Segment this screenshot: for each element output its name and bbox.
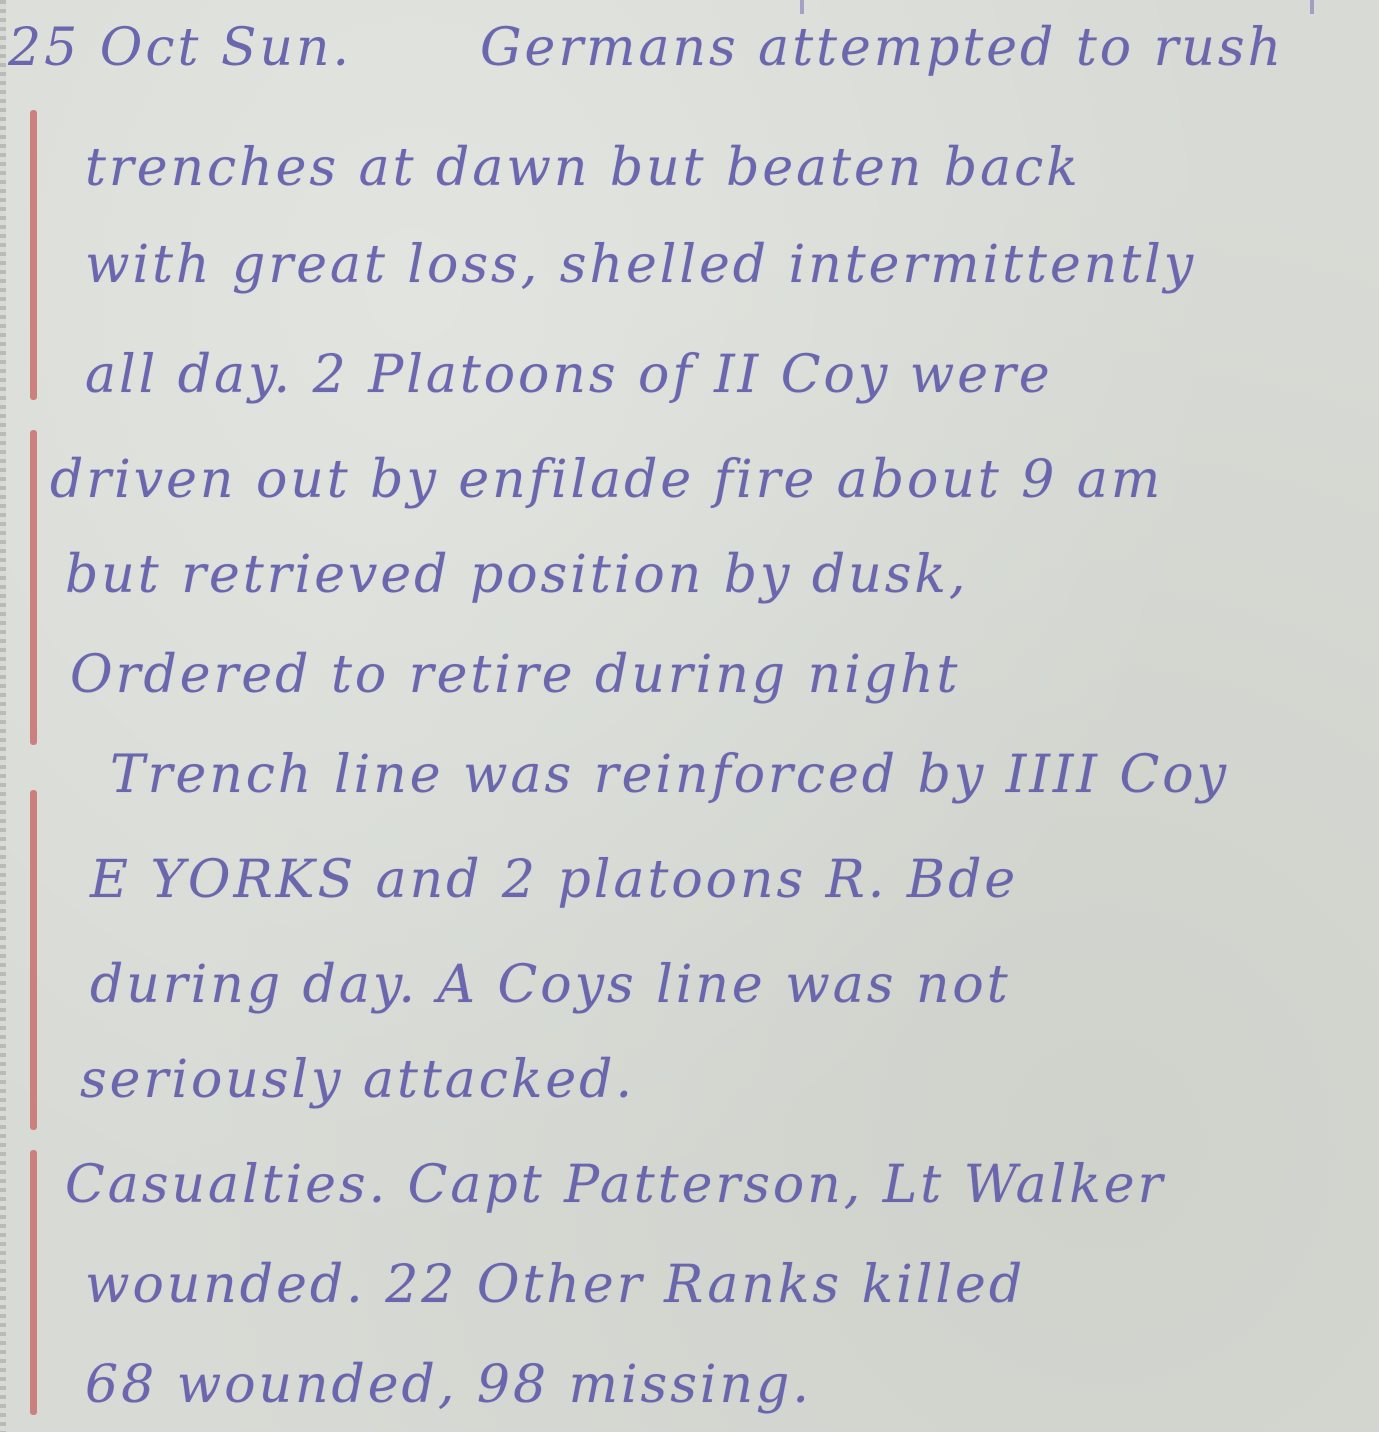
diary-line: seriously attacked. xyxy=(80,1050,635,1110)
diary-line: all day. 2 Platoons of II Coy were xyxy=(85,345,1053,405)
ink-fragment xyxy=(800,0,804,14)
diary-page: 25 Oct Sun. Germans attempted to rush tr… xyxy=(0,0,1379,1432)
diary-line: during day. A Coys line was not xyxy=(90,955,1011,1015)
diary-line: wounded. 22 Other Ranks killed xyxy=(85,1255,1025,1315)
diary-line: trenches at dawn but beaten back xyxy=(85,138,1081,198)
diary-line: 68 wounded, 98 missing. xyxy=(85,1355,812,1415)
diary-line: but retrieved position by dusk, xyxy=(65,545,968,605)
margin-mark xyxy=(30,430,37,745)
margin-mark xyxy=(30,110,37,400)
entry-date: 25 Oct Sun. xyxy=(8,18,352,78)
diary-line: Ordered to retire during night xyxy=(70,645,960,705)
margin-mark xyxy=(30,1150,37,1415)
diary-line: driven out by enfilade fire about 9 am xyxy=(50,450,1163,510)
diary-line: E YORKS and 2 platoons R. Bde xyxy=(90,850,1018,910)
margin-mark xyxy=(30,790,37,1130)
diary-line: with great loss, shelled intermittently xyxy=(85,235,1196,295)
ink-fragment xyxy=(1310,0,1314,14)
diary-line: Casualties. Capt Patterson, Lt Walker xyxy=(65,1155,1165,1215)
page-perforation xyxy=(0,0,6,1432)
diary-line: Germans attempted to rush xyxy=(480,18,1284,78)
diary-line: Trench line was reinforced by IIII Coy xyxy=(110,745,1229,805)
